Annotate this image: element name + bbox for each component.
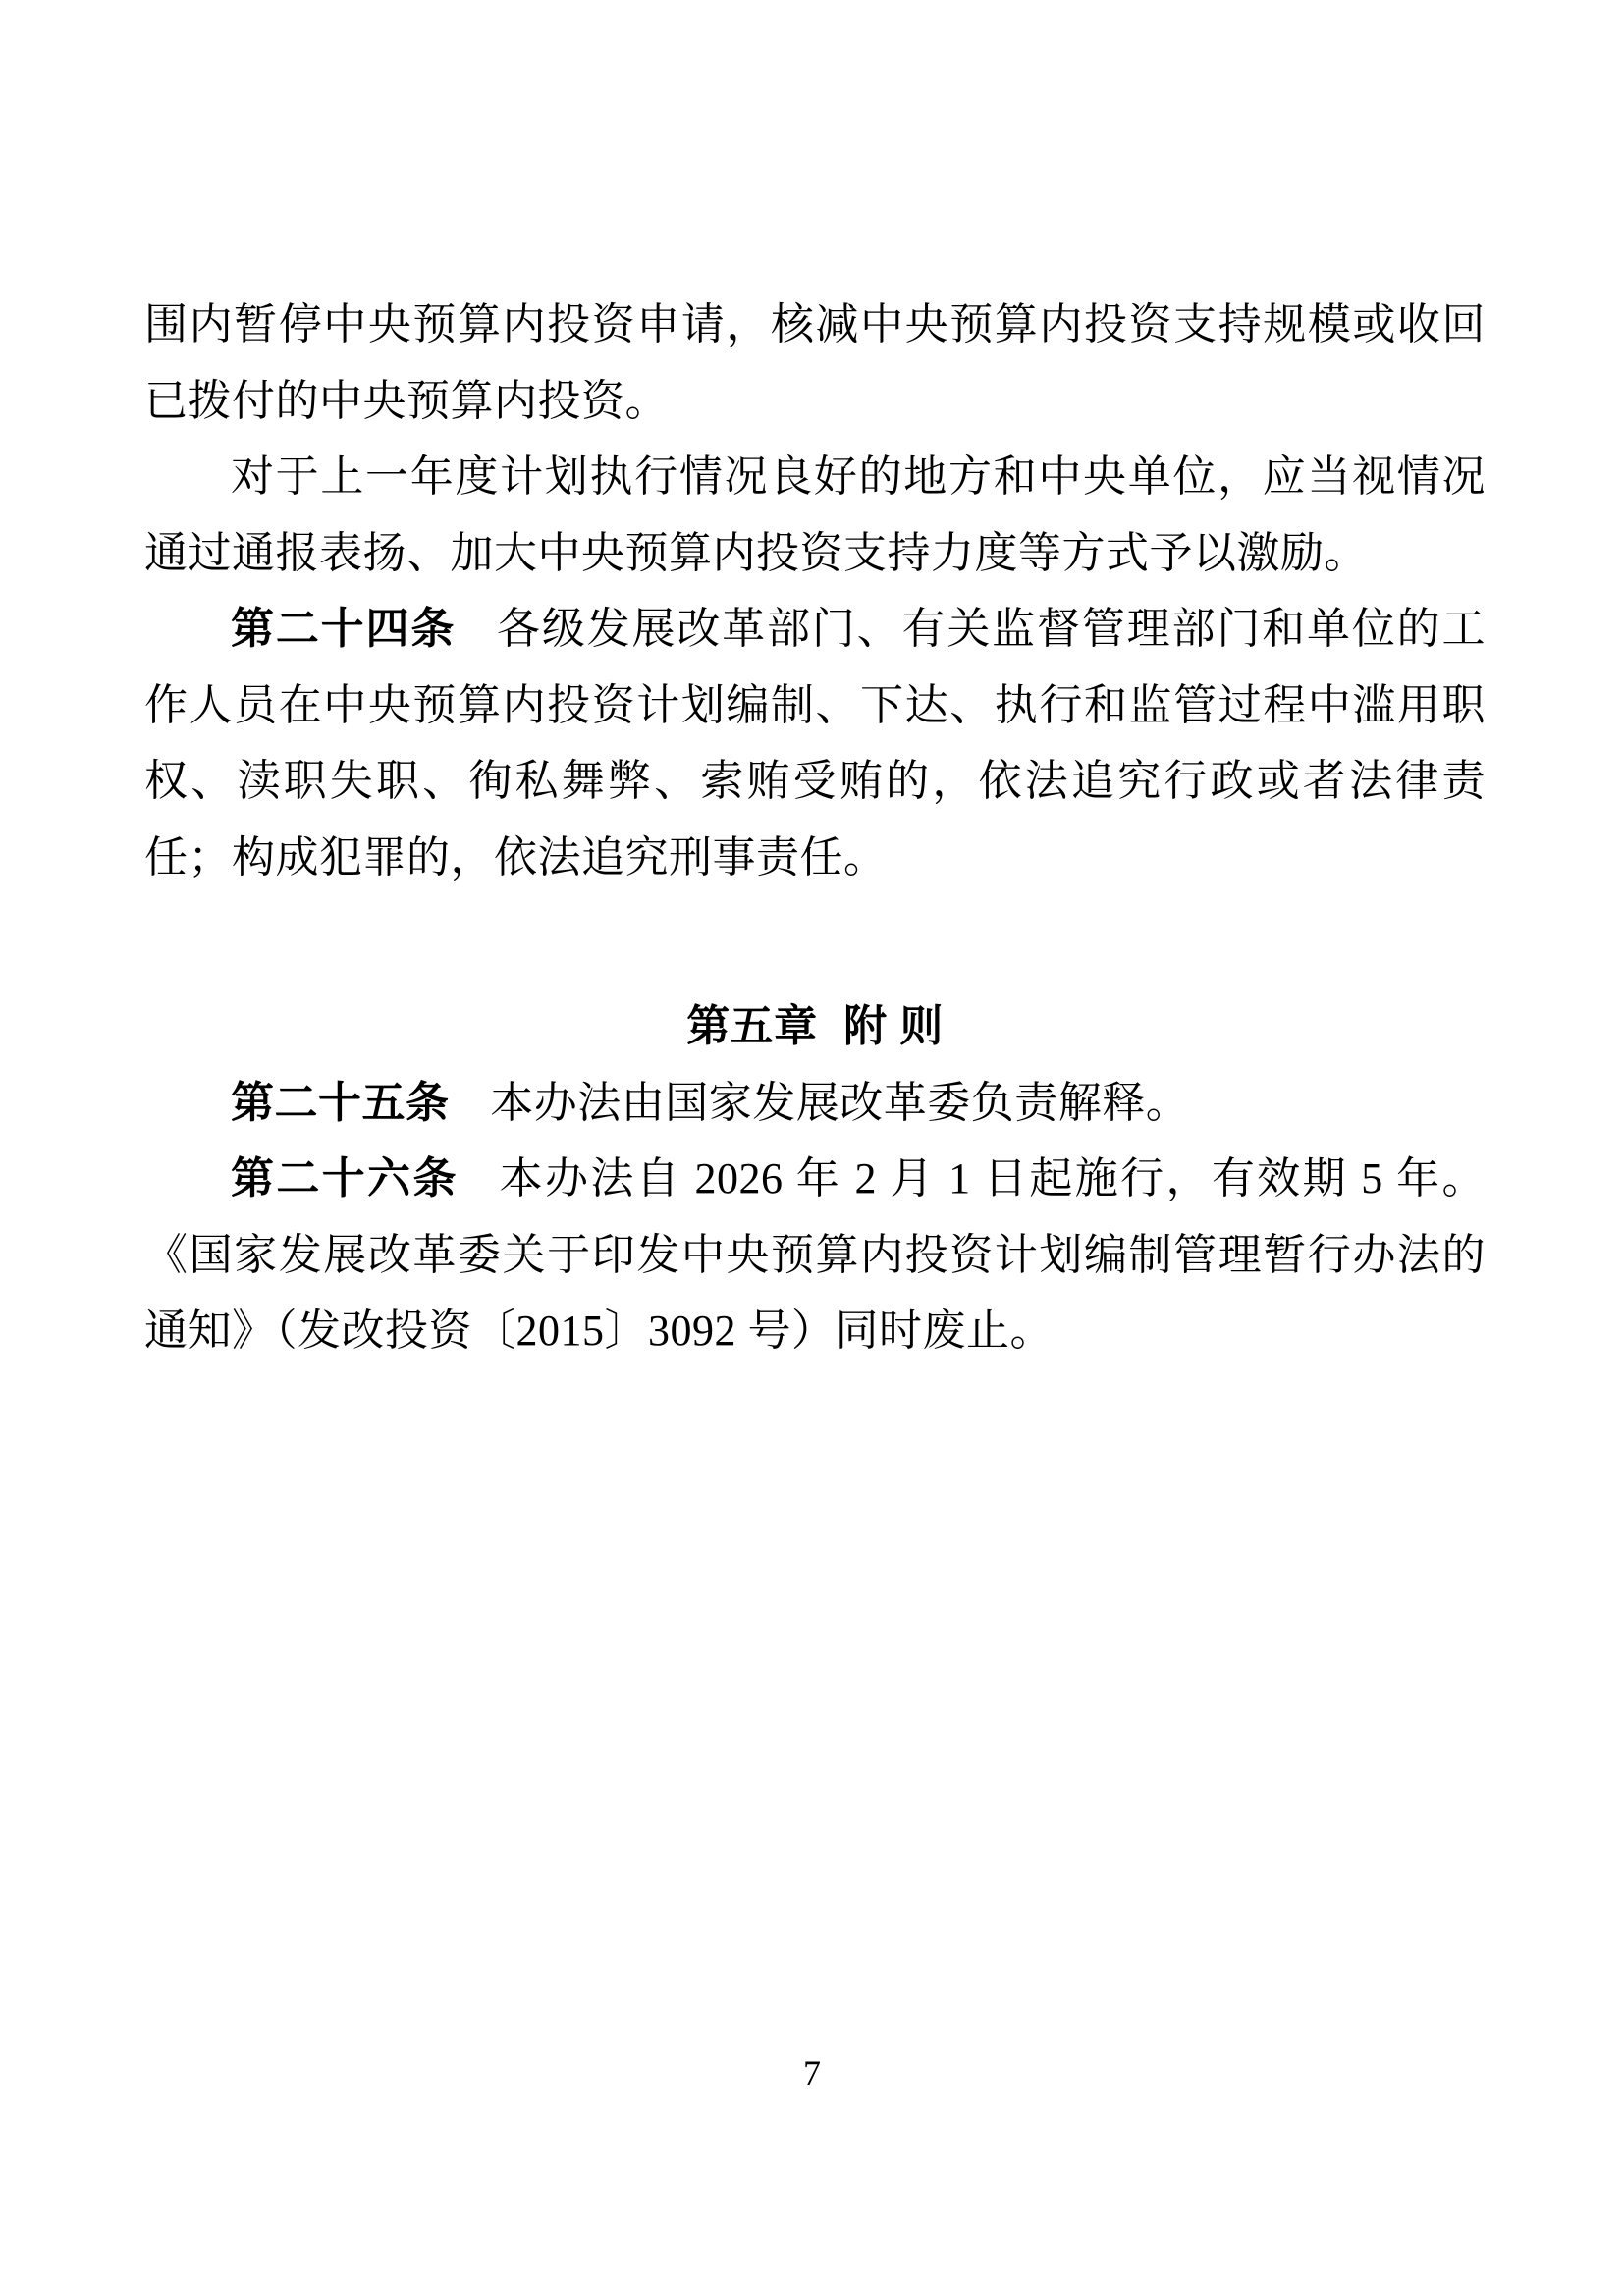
document-body: 围内暂停中央预算内投资申请，核减中央预算内投资支持规模或收回已拨付的中央预算内投…: [144, 287, 1486, 1369]
paragraph-incentive-text: 对于上一年度计划执行情况良好的地方和中央单位，应当视情况通过通报表扬、加大中央预…: [144, 453, 1486, 577]
article-25-text: 本办法由国家发展改革委负责解释。: [490, 1079, 1189, 1127]
article-25: 第二十五条本办法由国家发展改革委负责解释。: [144, 1065, 1486, 1142]
page-number: 7: [0, 2050, 1624, 2097]
chapter-5-title: 附 则: [843, 1002, 944, 1050]
paragraph-continuation-text: 围内暂停中央预算内投资申请，核减中央预算内投资支持规模或收回已拨付的中央预算内投…: [144, 300, 1486, 425]
paragraph-continuation: 围内暂停中央预算内投资申请，核减中央预算内投资支持规模或收回已拨付的中央预算内投…: [144, 287, 1486, 439]
paragraph-incentive: 对于上一年度计划执行情况良好的地方和中央单位，应当视情况通过通报表扬、加大中央预…: [144, 439, 1486, 591]
document-page: 围内暂停中央预算内投资申请，核减中央预算内投资支持规模或收回已拨付的中央预算内投…: [0, 0, 1624, 2296]
article-24-label: 第二十四条: [231, 605, 456, 653]
chapter-5-heading: 第五章附 则: [144, 988, 1486, 1065]
article-24: 第二十四条各级发展改革部门、有关监督管理部门和单位的工作人员在中央预算内投资计划…: [144, 591, 1486, 895]
article-25-label: 第二十五条: [231, 1079, 450, 1127]
chapter-5-number: 第五章: [686, 1002, 818, 1050]
article-26-label: 第二十六条: [231, 1154, 459, 1202]
article-26: 第二十六条本办法自 2026 年 2 月 1 日起施行，有效期 5 年。《国家发…: [144, 1141, 1486, 1369]
